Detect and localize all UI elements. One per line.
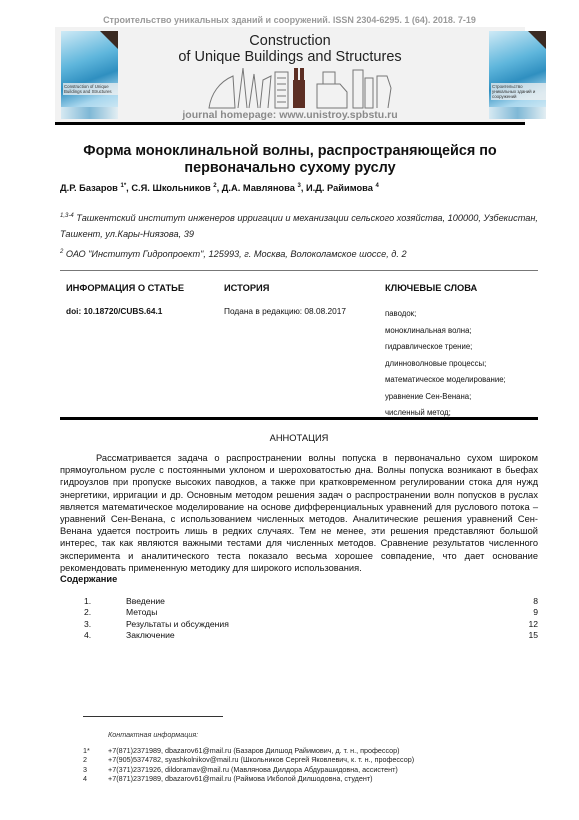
contact-text: +7(871)2371989, dbazarov61@mail.ru (Райм…: [108, 774, 373, 783]
contact-number: 2: [83, 755, 108, 764]
cover-image-left: Construction of Unique Buildings and Str…: [61, 31, 118, 119]
submission-date: Подана в редакцию: 08.08.2017: [224, 306, 346, 316]
doi-link[interactable]: doi: 10.18720/CUBS.64.1: [66, 306, 162, 316]
toc-page: 12: [508, 619, 538, 630]
journal-homepage-link[interactable]: journal homepage: www.unistroy.spbstu.ru: [150, 109, 430, 121]
title-line1: Форма моноклинальной волны, распространя…: [60, 143, 520, 160]
author-sup: 1*: [120, 183, 126, 189]
toc-item[interactable]: 1. Введение 8: [60, 596, 538, 607]
header-divider: [55, 122, 525, 125]
contact-list: 1* +7(871)2371989, dbazarov61@mail.ru (Б…: [83, 746, 414, 783]
article-info-heading: ИНФОРМАЦИЯ О СТАТЬЕ: [66, 283, 184, 293]
toc-label: Методы: [104, 607, 508, 618]
affiliation-text: Ташкентский институт инженеров ирригации…: [60, 213, 538, 239]
toc-item[interactable]: 3. Результаты и обсуждения 12: [60, 619, 538, 630]
info-top-divider: [60, 270, 538, 271]
contact-item: 4 +7(871)2371989, dbazarov61@mail.ru (Ра…: [83, 774, 414, 783]
keywords-list: паводок; моноклинальная волна; гидравлич…: [385, 306, 506, 422]
affiliation-sup: 1,3-4: [60, 213, 74, 219]
author: С.Я. Школьников: [131, 183, 210, 193]
affiliation-sup: 2: [60, 249, 63, 255]
toc-page: 9: [508, 607, 538, 618]
cover-left-label: Construction of Unique Buildings and Str…: [63, 83, 118, 95]
contact-text: +7(371)2371926, dildoramav@mail.ru (Мавл…: [108, 765, 398, 774]
title-line2: первоначально сухому руслу: [60, 160, 520, 177]
author: И.Д. Райимова: [306, 183, 373, 193]
contact-item: 1* +7(871)2371989, dbazarov61@mail.ru (Б…: [83, 746, 414, 755]
author-sup: 4: [376, 183, 379, 189]
info-bottom-divider: [60, 417, 538, 420]
keywords-heading: КЛЮЧЕВЫЕ СЛОВА: [385, 283, 477, 293]
authors-line: Д.Р. Базаров 1*, С.Я. Школьников 2, Д.А.…: [60, 183, 379, 193]
footnote-divider: [83, 716, 223, 717]
keyword: длинноволновые процессы;: [385, 356, 506, 373]
keyword: паводок;: [385, 306, 506, 323]
toc-number: 1.: [60, 596, 104, 607]
toc-number: 2.: [60, 607, 104, 618]
toc-label: Результаты и обсуждения: [104, 619, 508, 630]
contact-item: 3 +7(371)2371926, dildoramav@mail.ru (Ма…: [83, 765, 414, 774]
author-sup: 2: [213, 183, 216, 189]
contact-item: 2 +7(905)5374782, syashkolnikov@mail.ru …: [83, 755, 414, 764]
toc-item[interactable]: 2. Методы 9: [60, 607, 538, 618]
contact-number: 1*: [83, 746, 108, 755]
journal-reference: Строительство уникальных зданий и сооруж…: [0, 15, 579, 25]
brand-title-line1: Construction: [150, 33, 430, 49]
toc-heading: Содержание: [60, 574, 117, 584]
keyword: моноклинальная волна;: [385, 323, 506, 340]
article-title: Форма моноклинальной волны, распространя…: [60, 143, 520, 177]
cover-right-label: Строительство уникальных зданий и сооруж…: [491, 83, 546, 100]
history-heading: ИСТОРИЯ: [224, 283, 269, 293]
toc-page: 15: [508, 630, 538, 641]
author: Д.А. Мавлянова: [222, 183, 295, 193]
author-sup: 3: [297, 183, 300, 189]
affiliation-text: ОАО "Институт Гидропроект", 125993, г. М…: [66, 249, 407, 259]
toc-number: 3.: [60, 619, 104, 630]
abstract-text: Рассматривается задача о распространении…: [60, 452, 538, 574]
contact-info-heading: Контактная информация:: [108, 730, 198, 739]
journal-brand-title: Construction of Unique Buildings and Str…: [150, 33, 430, 65]
toc-page: 8: [508, 596, 538, 607]
toc-label: Введение: [104, 596, 508, 607]
toc-number: 4.: [60, 630, 104, 641]
keyword: математическое моделирование;: [385, 372, 506, 389]
contact-text: +7(871)2371989, dbazarov61@mail.ru (База…: [108, 746, 400, 755]
table-of-contents: 1. Введение 8 2. Методы 9 3. Результаты …: [60, 596, 538, 641]
toc-item[interactable]: 4. Заключение 15: [60, 630, 538, 641]
keyword: уравнение Сен-Венана;: [385, 389, 506, 406]
abstract-heading: АННОТАЦИЯ: [60, 433, 538, 443]
affiliation-1: 1,3-4 Ташкентский институт инженеров ирр…: [60, 208, 538, 242]
toc-label: Заключение: [104, 630, 508, 641]
affiliation-2: 2 ОАО "Институт Гидропроект", 125993, г.…: [60, 244, 538, 262]
cover-image-right: Строительство уникальных зданий и сооруж…: [489, 31, 546, 119]
contact-text: +7(905)5374782, syashkolnikov@mail.ru (Ш…: [108, 755, 414, 764]
contact-number: 3: [83, 765, 108, 774]
contact-number: 4: [83, 774, 108, 783]
brand-title-line2: of Unique Buildings and Structures: [150, 49, 430, 65]
author: Д.Р. Базаров: [60, 183, 118, 193]
skyline-logo-icon: [205, 64, 400, 109]
keyword: гидравлическое трение;: [385, 339, 506, 356]
